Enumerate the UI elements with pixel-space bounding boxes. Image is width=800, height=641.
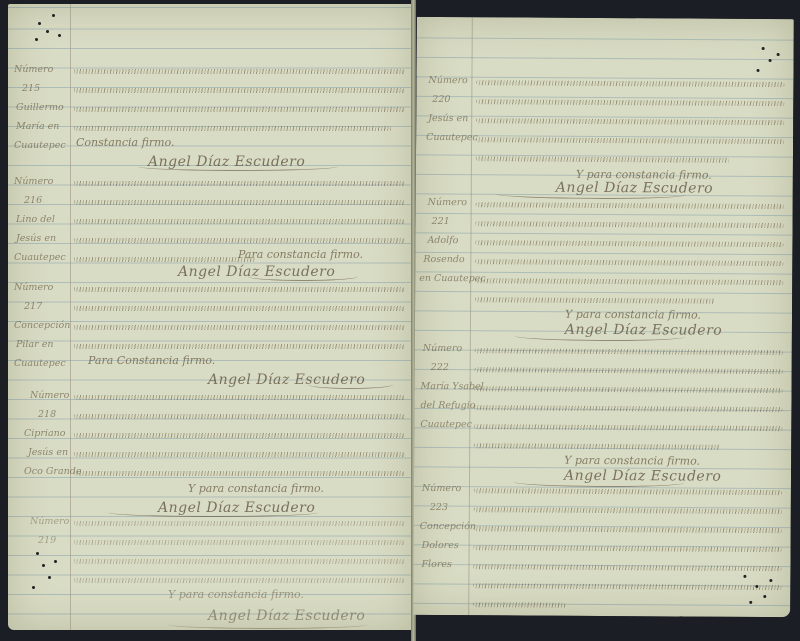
closing-formula: Y para constancia firmo. bbox=[168, 588, 304, 601]
entry-name-2: del Refugio bbox=[420, 396, 475, 415]
entry-number-label: Número bbox=[428, 193, 467, 212]
entry-place: Cuautepec bbox=[14, 136, 66, 155]
entry-number-label: Número bbox=[14, 278, 53, 297]
entry-body bbox=[474, 339, 783, 455]
entry-number: 220 bbox=[432, 90, 450, 109]
entry-222: Número 222 María Ysabel del Refugio Cuau… bbox=[415, 339, 792, 341]
entry-place: Cuautepec bbox=[14, 248, 66, 267]
entry-name: Concepción bbox=[14, 316, 70, 335]
entry-name: Cipriano bbox=[24, 424, 65, 443]
entry-body bbox=[74, 278, 404, 354]
entry-name-2: Rosendo bbox=[423, 250, 464, 269]
entry-name: Lino del bbox=[16, 210, 55, 229]
entry-number: 221 bbox=[432, 212, 450, 231]
closing-formula: Y para constancia firmo. bbox=[565, 308, 701, 322]
entry-name: Concepción bbox=[420, 517, 476, 536]
entry-place: Cuautepec bbox=[420, 415, 472, 434]
entry-number-label: Número bbox=[30, 512, 69, 531]
entry-number-label: Número bbox=[30, 386, 69, 405]
entry-place: Oco Grande bbox=[24, 462, 81, 481]
entry-place: Cuautepec bbox=[14, 354, 66, 373]
signature-flourish bbox=[168, 620, 368, 629]
entry-number-label: Número bbox=[428, 71, 467, 90]
entry-number: 219 bbox=[38, 531, 56, 550]
right-page: Número 220 Jesús en Cuautepec Y para con… bbox=[413, 17, 794, 617]
signature-flourish bbox=[138, 162, 338, 171]
entry-name-2: Jesús en bbox=[28, 443, 68, 462]
entry-body bbox=[475, 193, 784, 309]
entry-220: Número 220 Jesús en Cuautepec Y para con… bbox=[417, 71, 794, 73]
entry-number: 216 bbox=[24, 191, 42, 210]
entry-name: Guillermo bbox=[16, 98, 64, 117]
entry-number: 218 bbox=[38, 405, 56, 424]
entry-name-2: Dolores bbox=[422, 536, 459, 555]
closing-formula: Y para constancia firmo. bbox=[564, 454, 700, 468]
closing-formula: Y para constancia firmo. bbox=[573, 614, 709, 617]
entry-number: 223 bbox=[430, 498, 448, 517]
entry-number: 217 bbox=[24, 297, 42, 316]
left-page: Número 215 Guillermo María en Cuautepec … bbox=[8, 4, 413, 630]
entry-name: Jesús en bbox=[428, 109, 468, 128]
closing-formula: Y para constancia firmo. bbox=[188, 482, 324, 495]
entry-name: Adolfo bbox=[427, 231, 458, 250]
entry-name-2: Pilar en bbox=[16, 335, 53, 354]
entry-place: Flores bbox=[421, 555, 452, 574]
entry-name-2: María en bbox=[16, 117, 59, 136]
closing-formula: Para constancia firmo. bbox=[238, 248, 363, 261]
entry-number-label: Número bbox=[422, 479, 461, 498]
entry-number: 222 bbox=[431, 358, 449, 377]
entry-223: Número 223 Concepción Dolores Flores Y p… bbox=[414, 479, 791, 481]
closing-formula: Para Constancia firmo. bbox=[88, 354, 215, 367]
entry-number: 215 bbox=[22, 79, 40, 98]
entry-body bbox=[74, 60, 404, 136]
entry-body bbox=[473, 479, 782, 614]
entry-name-2: Jesús en bbox=[16, 229, 56, 248]
entry-body bbox=[74, 386, 404, 481]
ink-spots bbox=[417, 17, 794, 19]
entry-number-label: Número bbox=[423, 339, 462, 358]
entry-221: Número 221 Adolfo Rosendo en Cuautepec Y… bbox=[416, 193, 793, 195]
entry-place: Cuautepec bbox=[426, 128, 478, 147]
closing-formula: Constancia firmo. bbox=[76, 136, 175, 149]
entry-body bbox=[74, 512, 404, 588]
entry-number-label: Número bbox=[14, 60, 53, 79]
entry-number-label: Número bbox=[14, 172, 53, 191]
entry-body bbox=[476, 71, 785, 168]
